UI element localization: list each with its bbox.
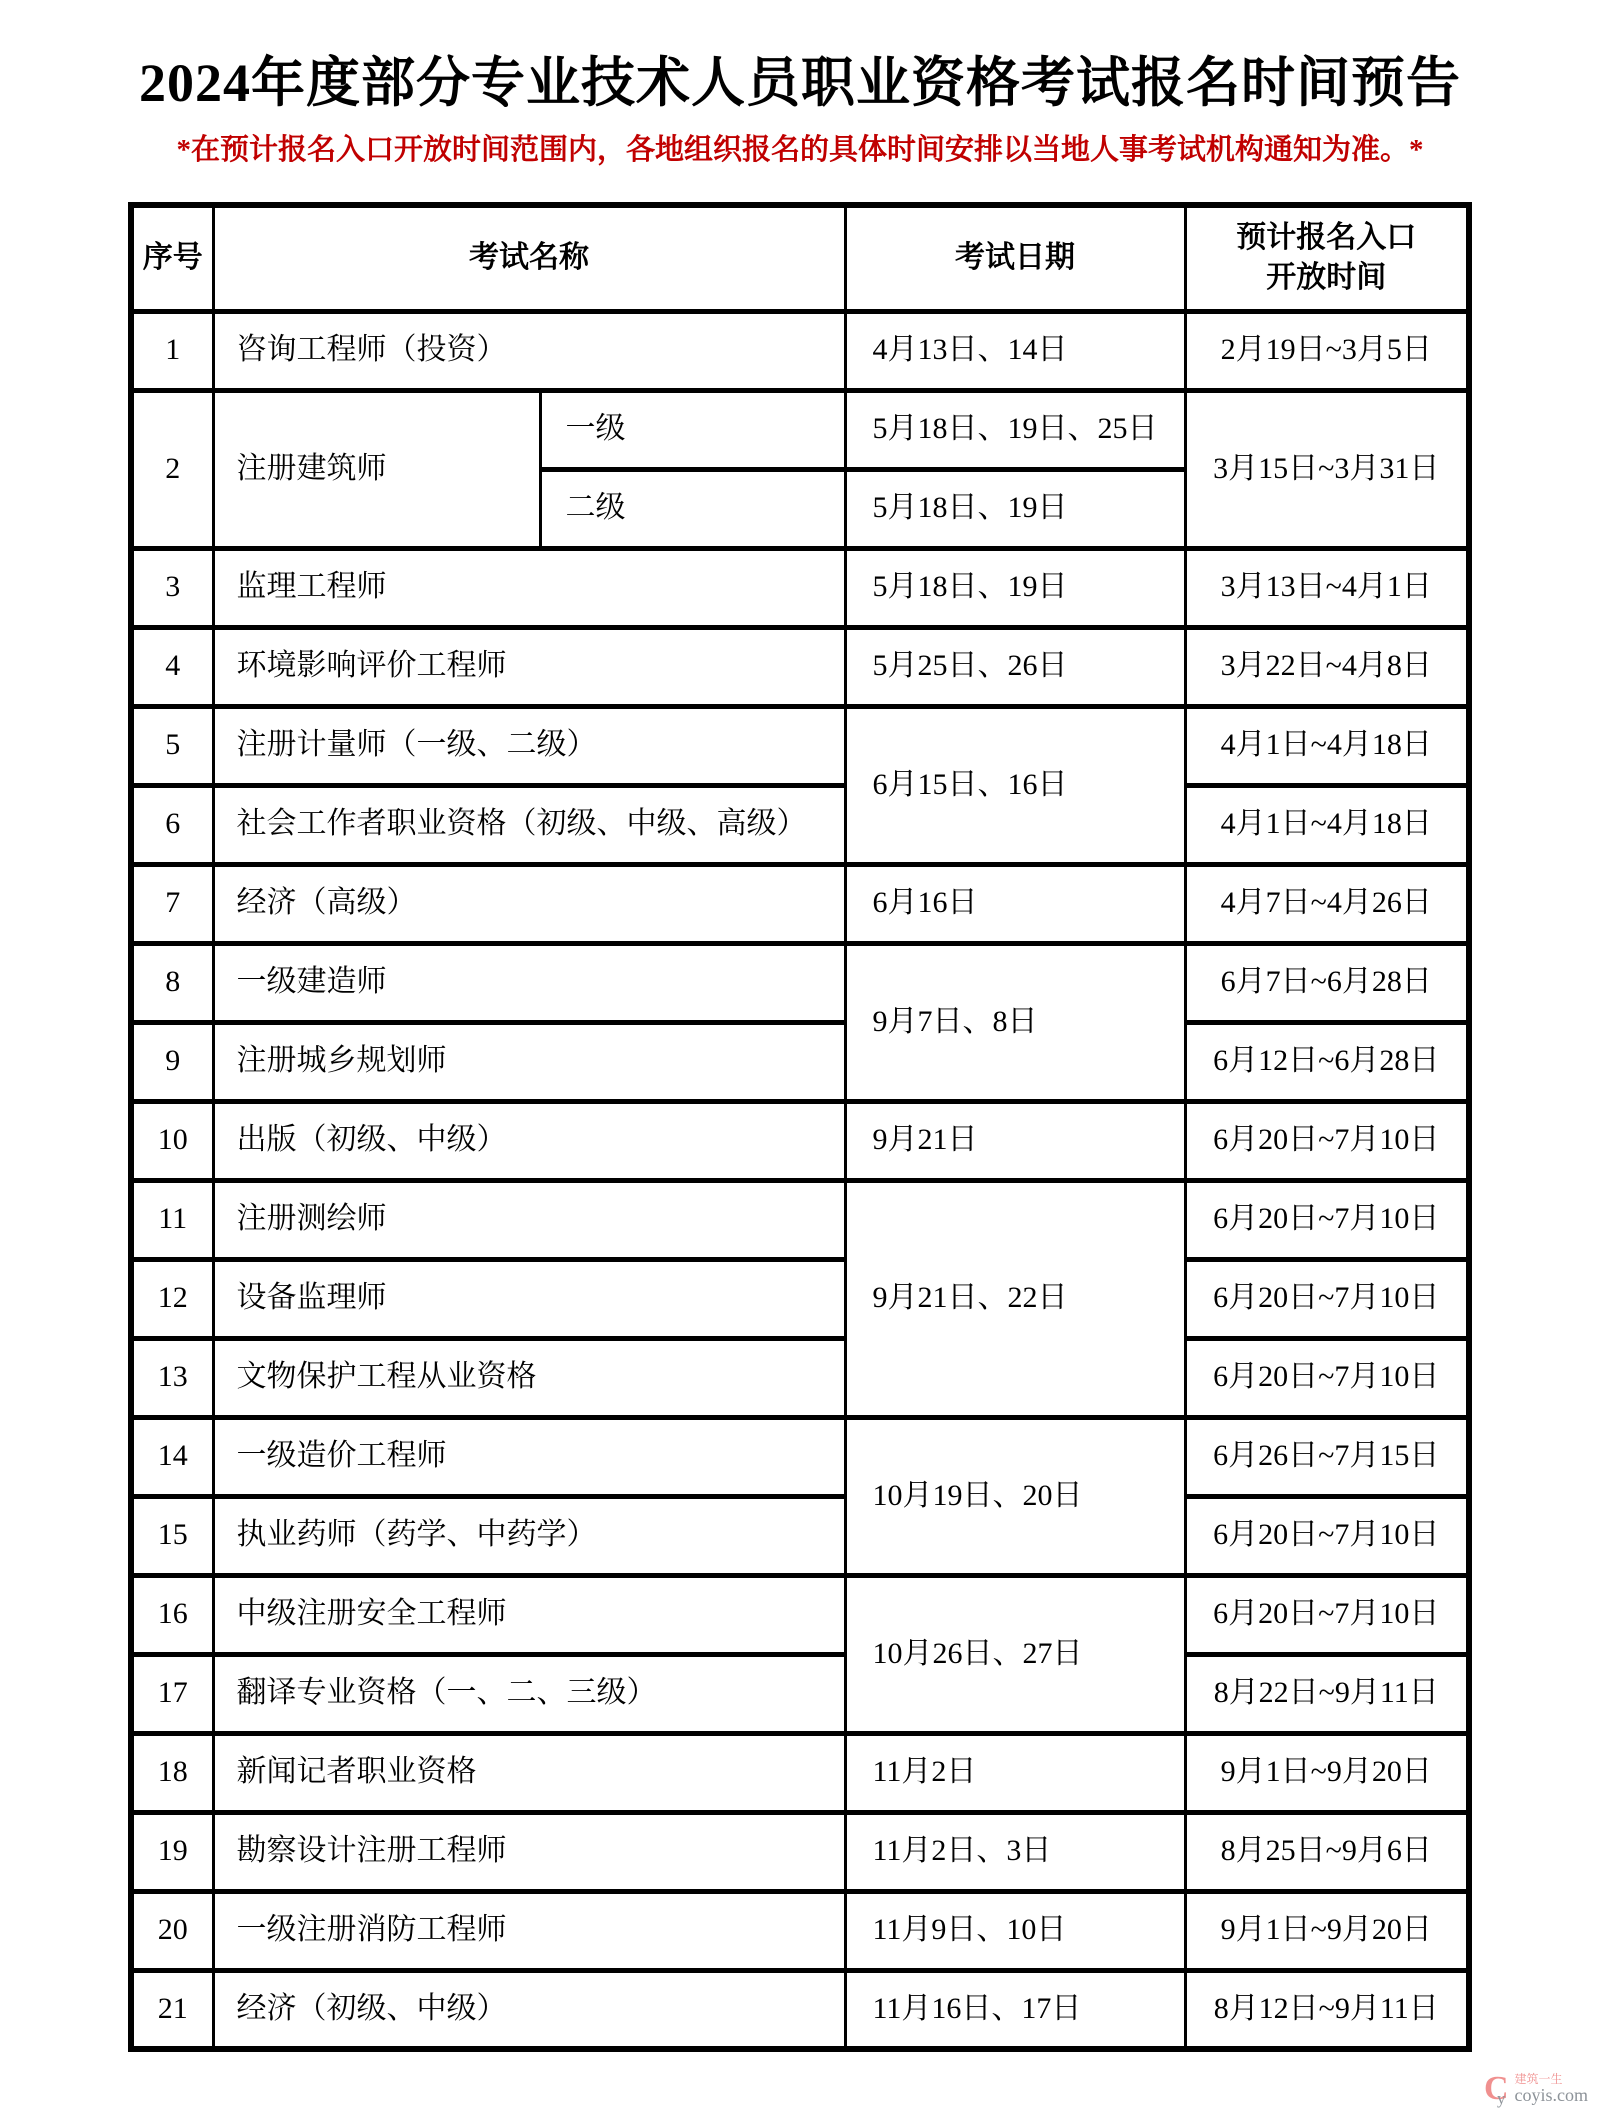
registration-window-cell: 8月25日~9月6日 [1185,1812,1469,1891]
serial-cell: 7 [131,864,213,943]
page-title: 2024年度部分专业技术人员职业资格考试报名时间预告 [0,40,1600,117]
exam-name-cell: 注册建筑师 [213,390,540,548]
registration-window-cell: 9月1日~9月20日 [1185,1733,1469,1812]
registration-window-cell: 6月20日~7月10日 [1185,1575,1469,1654]
exam-date-cell: 6月16日 [845,864,1185,943]
registration-window-cell: 4月7日~4月26日 [1185,864,1469,943]
table-row: 15 执业药师（药学、中药学） 6月20日~7月10日 [131,1496,1469,1575]
exam-name-cell: 经济（高级） [213,864,845,943]
registration-window-cell: 4月1日~4月18日 [1185,706,1469,785]
header-exam-date: 考试日期 [845,205,1185,311]
watermark-text: 建筑一生 coyis.com [1515,2073,1589,2106]
registration-window-cell: 8月22日~9月11日 [1185,1654,1469,1733]
exam-level-cell: 二级 [540,469,845,548]
exam-date-cell: 11月2日、3日 [845,1812,1185,1891]
registration-window-cell: 3月15日~3月31日 [1185,390,1469,548]
exam-name-cell: 新闻记者职业资格 [213,1733,845,1812]
table-row: 3 监理工程师 5月18日、19日 3月13日~4月1日 [131,548,1469,627]
serial-cell: 16 [131,1575,213,1654]
serial-cell: 11 [131,1180,213,1259]
exam-name-cell: 经济（初级、中级） [213,1970,845,2049]
table-row: 13 文物保护工程从业资格 6月20日~7月10日 [131,1338,1469,1417]
table-row: 14 一级造价工程师 10月19日、20日 6月26日~7月15日 [131,1417,1469,1496]
exam-level-cell: 一级 [540,390,845,469]
table-row: 7 经济（高级） 6月16日 4月7日~4月26日 [131,864,1469,943]
registration-window-cell: 6月20日~7月10日 [1185,1259,1469,1338]
exam-name-cell: 咨询工程师（投资） [213,311,845,390]
registration-window-cell: 9月1日~9月20日 [1185,1891,1469,1970]
serial-cell: 15 [131,1496,213,1575]
exam-name-cell: 注册测绘师 [213,1180,845,1259]
serial-cell: 2 [131,390,213,548]
watermark-logo-icon: Cy [1484,2072,1509,2106]
serial-cell: 9 [131,1022,213,1101]
serial-cell: 5 [131,706,213,785]
header-registration-line2: 开放时间 [1188,258,1466,299]
exam-date-cell: 10月26日、27日 [845,1575,1185,1733]
exam-name-cell: 出版（初级、中级） [213,1101,845,1180]
registration-window-cell: 3月13日~4月1日 [1185,548,1469,627]
exam-name-cell: 社会工作者职业资格（初级、中级、高级） [213,785,845,864]
table-row: 20 一级注册消防工程师 11月9日、10日 9月1日~9月20日 [131,1891,1469,1970]
table-row: 2 注册建筑师 一级 5月18日、19日、25日 3月15日~3月31日 [131,390,1469,469]
registration-window-cell: 6月12日~6月28日 [1185,1022,1469,1101]
exam-name-cell: 执业药师（药学、中药学） [213,1496,845,1575]
table-row: 21 经济（初级、中级） 11月16日、17日 8月12日~9月11日 [131,1970,1469,2049]
notice-text: *在预计报名入口开放时间范围内，各地组织报名的具体时间安排以当地人事考试机构通知… [0,127,1600,168]
header-registration-window: 预计报名入口 开放时间 [1185,205,1469,311]
serial-cell: 12 [131,1259,213,1338]
exam-date-cell: 11月9日、10日 [845,1891,1185,1970]
table-row: 17 翻译专业资格（一、二、三级） 8月22日~9月11日 [131,1654,1469,1733]
exam-name-cell: 中级注册安全工程师 [213,1575,845,1654]
table-row: 12 设备监理师 6月20日~7月10日 [131,1259,1469,1338]
exam-date-cell: 9月21日 [845,1101,1185,1180]
watermark: Cy 建筑一生 coyis.com [1484,2072,1588,2106]
table-row: 16 中级注册安全工程师 10月26日、27日 6月20日~7月10日 [131,1575,1469,1654]
header-exam-name: 考试名称 [213,205,845,311]
header-row: 序号 考试名称 考试日期 预计报名入口 开放时间 [131,205,1469,311]
exam-name-cell: 监理工程师 [213,548,845,627]
table-row: 19 勘察设计注册工程师 11月2日、3日 8月25日~9月6日 [131,1812,1469,1891]
serial-cell: 8 [131,943,213,1022]
exam-name-cell: 翻译专业资格（一、二、三级） [213,1654,845,1733]
exam-name-cell: 注册计量师（一级、二级） [213,706,845,785]
registration-window-cell: 6月20日~7月10日 [1185,1496,1469,1575]
serial-cell: 14 [131,1417,213,1496]
exam-date-cell: 5月18日、19日、25日 [845,390,1185,469]
serial-cell: 17 [131,1654,213,1733]
exam-date-cell: 6月15日、16日 [845,706,1185,864]
watermark-logo-sub: y [1497,2090,1506,2107]
exam-schedule-table: 序号 考试名称 考试日期 预计报名入口 开放时间 1 咨询工程师（投资） 4月1… [128,202,1472,2052]
registration-window-cell: 8月12日~9月11日 [1185,1970,1469,2049]
table-row: 8 一级建造师 9月7日、8日 6月7日~6月28日 [131,943,1469,1022]
serial-cell: 10 [131,1101,213,1180]
exam-date-cell: 5月25日、26日 [845,627,1185,706]
serial-cell: 3 [131,548,213,627]
table-row: 11 注册测绘师 9月21日、22日 6月20日~7月10日 [131,1180,1469,1259]
header-serial: 序号 [131,205,213,311]
watermark-brand: 建筑一生 [1515,2073,1589,2086]
exam-name-cell: 一级建造师 [213,943,845,1022]
exam-date-cell: 5月18日、19日 [845,548,1185,627]
watermark-site: coyis.com [1515,2086,1589,2106]
exam-name-cell: 一级注册消防工程师 [213,1891,845,1970]
announcement-page: 2024年度部分专业技术人员职业资格考试报名时间预告 *在预计报名入口开放时间范… [0,0,1600,2116]
table-row: 10 出版（初级、中级） 9月21日 6月20日~7月10日 [131,1101,1469,1180]
registration-window-cell: 6月20日~7月10日 [1185,1338,1469,1417]
exam-name-cell: 一级造价工程师 [213,1417,845,1496]
header-registration-line1: 预计报名入口 [1188,218,1466,259]
exam-name-cell: 环境影响评价工程师 [213,627,845,706]
serial-cell: 21 [131,1970,213,2049]
exam-date-cell: 4月13日、14日 [845,311,1185,390]
table-row: 1 咨询工程师（投资） 4月13日、14日 2月19日~3月5日 [131,311,1469,390]
registration-window-cell: 6月26日~7月15日 [1185,1417,1469,1496]
serial-cell: 19 [131,1812,213,1891]
exam-name-cell: 勘察设计注册工程师 [213,1812,845,1891]
table-row: 6 社会工作者职业资格（初级、中级、高级） 4月1日~4月18日 [131,785,1469,864]
exam-date-cell: 11月16日、17日 [845,1970,1185,2049]
exam-date-cell: 9月7日、8日 [845,943,1185,1101]
registration-window-cell: 2月19日~3月5日 [1185,311,1469,390]
exam-name-cell: 设备监理师 [213,1259,845,1338]
registration-window-cell: 6月20日~7月10日 [1185,1101,1469,1180]
registration-window-cell: 6月20日~7月10日 [1185,1180,1469,1259]
exam-date-cell: 5月18日、19日 [845,469,1185,548]
serial-cell: 1 [131,311,213,390]
exam-date-cell: 11月2日 [845,1733,1185,1812]
exam-date-cell: 10月19日、20日 [845,1417,1185,1575]
registration-window-cell: 6月7日~6月28日 [1185,943,1469,1022]
exam-name-cell: 注册城乡规划师 [213,1022,845,1101]
table-row: 4 环境影响评价工程师 5月25日、26日 3月22日~4月8日 [131,627,1469,706]
registration-window-cell: 3月22日~4月8日 [1185,627,1469,706]
serial-cell: 13 [131,1338,213,1417]
serial-cell: 18 [131,1733,213,1812]
table-row: 9 注册城乡规划师 6月12日~6月28日 [131,1022,1469,1101]
registration-window-cell: 4月1日~4月18日 [1185,785,1469,864]
exam-date-cell: 9月21日、22日 [845,1180,1185,1417]
serial-cell: 6 [131,785,213,864]
exam-name-cell: 文物保护工程从业资格 [213,1338,845,1417]
serial-cell: 4 [131,627,213,706]
table-row: 5 注册计量师（一级、二级） 6月15日、16日 4月1日~4月18日 [131,706,1469,785]
serial-cell: 20 [131,1891,213,1970]
table-row: 18 新闻记者职业资格 11月2日 9月1日~9月20日 [131,1733,1469,1812]
